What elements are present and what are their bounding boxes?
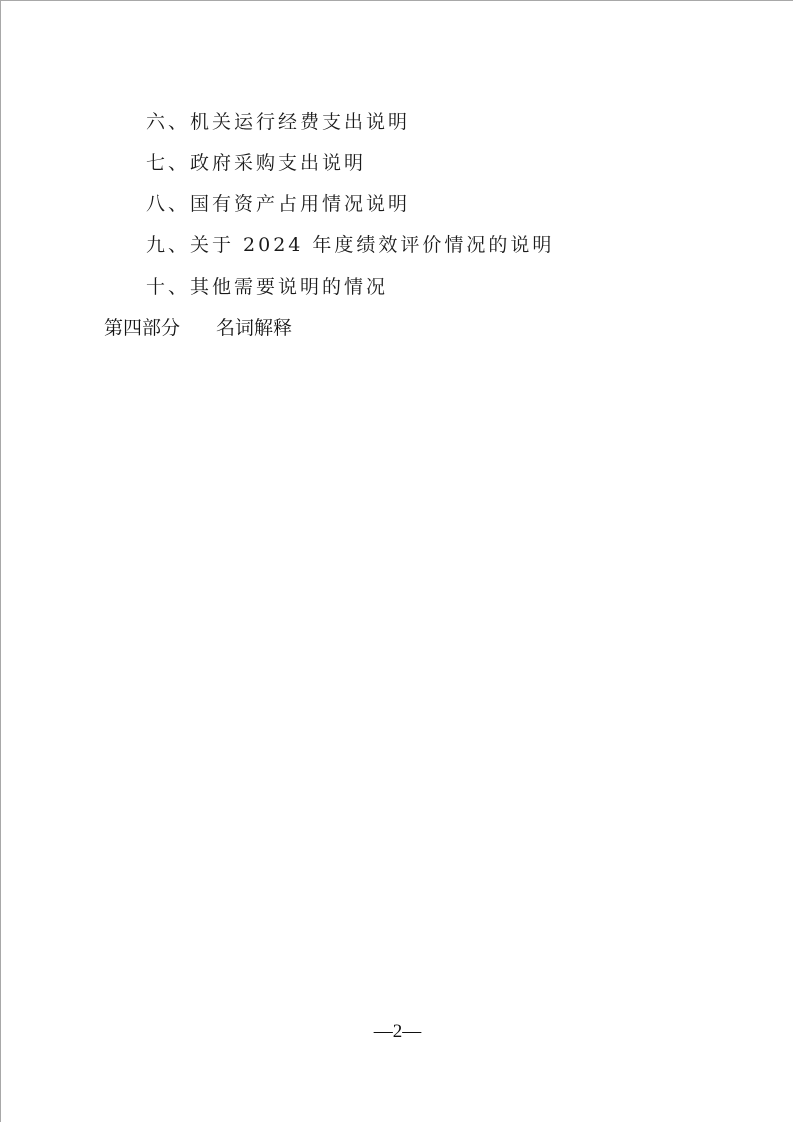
page-number: —2—	[1, 1021, 793, 1043]
toc-item-8: 八、国有资产占用情况说明	[146, 193, 410, 215]
toc-item-9: 九、关于 2024 年度绩效评价情况的说明	[146, 234, 554, 256]
section-title: 名词解释	[216, 317, 292, 339]
section-heading: 第四部分名词解释	[104, 317, 292, 339]
toc-item-7: 七、政府采购支出说明	[146, 152, 366, 174]
document-page: 六、机关运行经费支出说明 七、政府采购支出说明 八、国有资产占用情况说明 九、关…	[0, 0, 793, 1122]
toc-item-10: 十、其他需要说明的情况	[146, 276, 388, 298]
toc-item-6: 六、机关运行经费支出说明	[146, 111, 410, 133]
section-part-label: 第四部分	[104, 317, 180, 339]
